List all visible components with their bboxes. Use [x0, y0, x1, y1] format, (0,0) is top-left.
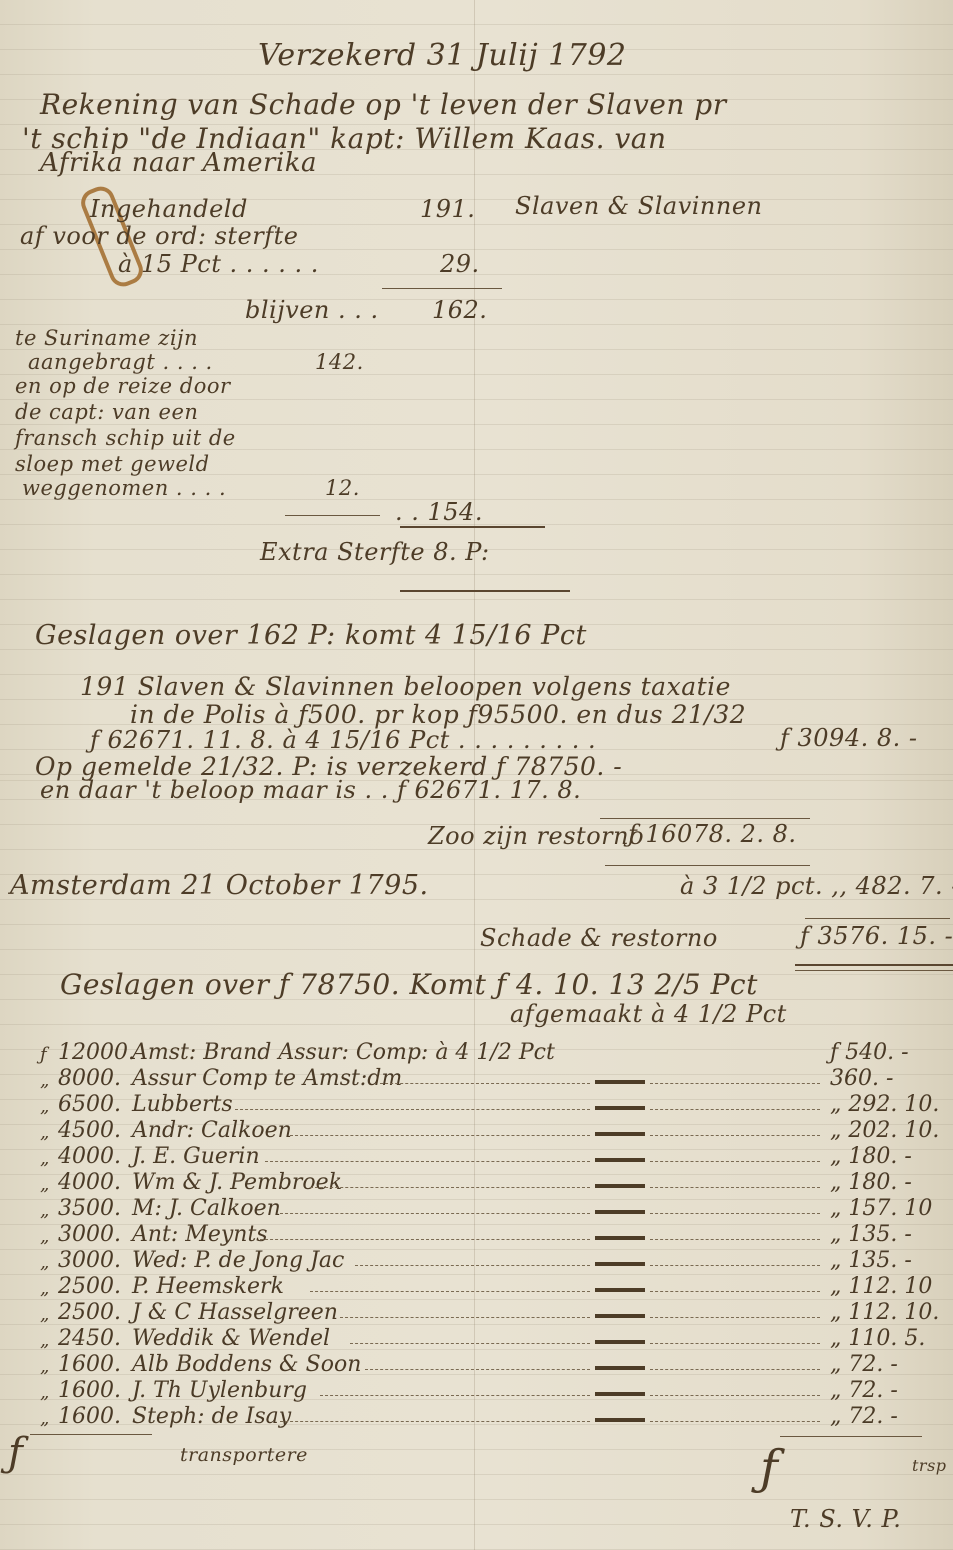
row-ditto: „: [40, 1122, 49, 1143]
row-name: J. Th Uylenburg: [132, 1378, 307, 1403]
leader-dots: [320, 1395, 590, 1396]
row-amount: 4000.: [58, 1144, 128, 1169]
table-row: „ 6500. Lubberts „ 292. 10.: [20, 1092, 940, 1118]
row-premium: „ 157. 10: [830, 1196, 932, 1221]
row-premium: „ 202. 10.: [830, 1118, 939, 1143]
row-ditto: „: [40, 1174, 49, 1195]
footer-florin-right: ƒ: [760, 1440, 778, 1496]
suriname-line-1: te Suriname zijn: [15, 326, 198, 350]
row-amount: 3500.: [58, 1196, 128, 1221]
row-amount: 2500.: [58, 1300, 128, 1325]
row-ditto: „: [40, 1408, 49, 1429]
leader-dots: [650, 1135, 820, 1136]
transportere-label: transportere: [180, 1444, 308, 1466]
schade-label: Schade & restorno: [480, 924, 718, 952]
leader-dots: [650, 1083, 820, 1084]
row-premium: „ 112. 10: [830, 1274, 932, 1299]
row-name: Alb Boddens & Soon: [132, 1352, 361, 1377]
extra-mortality: Extra Sterfte 8. P:: [260, 538, 490, 566]
leader-dots: [280, 1421, 590, 1422]
subtotal-rule-left: [285, 515, 380, 516]
ditto-dash: [595, 1080, 645, 1084]
mortality-label-2: à 15 Pct . . . . . .: [118, 250, 319, 278]
leader-dots: [260, 1239, 590, 1240]
leader-dots: [350, 1343, 590, 1344]
leader-dots: [290, 1135, 590, 1136]
row-name: Assur Comp te Amst:dm: [132, 1066, 402, 1091]
row-amount: 1600.: [58, 1378, 128, 1403]
subtotal-underline: [400, 526, 545, 528]
row-ditto: „: [40, 1304, 49, 1325]
row-amount: 12000.: [58, 1040, 128, 1065]
leader-dots: [355, 1265, 590, 1266]
subtotal-value: . . 154.: [395, 498, 483, 526]
row-premium: „ 112. 10.: [830, 1300, 939, 1325]
row-name: Ant: Meynts: [132, 1222, 268, 1247]
table-row: „ 2450. Weddik & Wendel „ 110. 5.: [20, 1326, 940, 1352]
calc-line-a: 191 Slaven & Slavinnen beloopen volgens …: [80, 672, 731, 701]
leader-dots: [650, 1291, 820, 1292]
table-row: „ 4500. Andr: Calkoen „ 202. 10.: [20, 1118, 940, 1144]
mortality-label-1: af voor de ord: sterfte: [20, 222, 298, 250]
row-ditto: „: [40, 1330, 49, 1351]
leader-dots: [650, 1421, 820, 1422]
table-row: „ 1600. J. Th Uylenburg „ 72. -: [20, 1378, 940, 1404]
leader-dots: [650, 1343, 820, 1344]
ditto-dash: [595, 1288, 645, 1292]
remain-label: blijven . . .: [245, 296, 379, 324]
footer-rule-right: [780, 1436, 922, 1437]
restorno-value: ƒ 16078. 2. 8.: [628, 820, 797, 848]
calc-line-b: in de Polis à ƒ500. pr kop ƒ95500. en du…: [130, 700, 746, 729]
leader-dots: [650, 1265, 820, 1266]
ditto-dash: [595, 1262, 645, 1266]
leader-dots: [310, 1291, 590, 1292]
row-amount: 3000.: [58, 1248, 128, 1273]
taken-value: 12.: [325, 476, 360, 500]
afgemaakt-line: afgemaakt à 4 1/2 Pct: [510, 1000, 787, 1028]
row-premium: „ 180. -: [830, 1144, 912, 1169]
ditto-dash: [595, 1158, 645, 1162]
row-name: Amst: Brand Assur: Comp: à 4 1/2 Pct: [132, 1040, 555, 1065]
schade-underline: [795, 964, 953, 966]
ingehandeld-desc: Slaven & Slavinnen: [515, 192, 763, 220]
geslagen-line-2: Geslagen over ƒ 78750. Komt ƒ 4. 10. 13 …: [60, 968, 758, 1001]
row-premium: 360. -: [830, 1066, 893, 1091]
taken-line-3: fransch schip uit de: [15, 426, 236, 450]
taken-line-2: de capt: van een: [15, 400, 198, 424]
calc-line-e: en daar 't beloop maar is . . ƒ 62671. 1…: [40, 776, 581, 804]
row-name: Andr: Calkoen: [132, 1118, 292, 1143]
row-ditto: „: [40, 1148, 49, 1169]
row-premium: ƒ 540. -: [830, 1040, 909, 1065]
taken-line-4: sloep met geweld: [15, 452, 210, 476]
row-premium: „ 72. -: [830, 1404, 898, 1429]
row-amount: 4500.: [58, 1118, 128, 1143]
row-ditto: „: [40, 1070, 49, 1091]
row-name: J. E. Guerin: [132, 1144, 260, 1169]
title-line-3: Afrika naar Amerika: [40, 148, 317, 178]
leader-dots: [265, 1161, 590, 1162]
row-amount: 1600.: [58, 1352, 128, 1377]
taken-line-5: weggenomen . . . .: [22, 476, 226, 500]
schade-double-underline: [795, 970, 953, 971]
ditto-dash: [595, 1106, 645, 1110]
row-amount: 4000.: [58, 1170, 128, 1195]
row-ditto: „: [40, 1096, 49, 1117]
remain-value: 162.: [432, 296, 487, 324]
row-premium: „ 180. -: [830, 1170, 912, 1195]
geslagen-line-1: Geslagen over 162 P: komt 4 15/16 Pct: [35, 620, 587, 651]
suriname-value: 142.: [315, 350, 364, 374]
ingehandeld-label: Ingehandeld: [90, 195, 248, 223]
leader-dots: [280, 1213, 590, 1214]
row-ditto: ƒ: [40, 1044, 47, 1065]
table-row: „ 3500. M: J. Calkoen „ 157. 10: [20, 1196, 940, 1222]
table-row: „ 1600. Steph: de Isay „ 72. -: [20, 1404, 940, 1430]
calc-line-c: ƒ 62671. 11. 8. à 4 15/16 Pct . . . . . …: [90, 726, 596, 754]
table-row: „ 3000. Ant: Meynts „ 135. -: [20, 1222, 940, 1248]
restorno-label: Zoo zijn restorno: [428, 822, 644, 850]
row-premium: „ 110. 5.: [830, 1326, 925, 1351]
row-amount: 2450.: [58, 1326, 128, 1351]
ingehandeld-value: 191.: [420, 195, 475, 223]
row-premium: „ 72. -: [830, 1352, 898, 1377]
ditto-dash: [595, 1184, 645, 1188]
row-name: P. Heemskerk: [132, 1274, 284, 1299]
table-row: „ 2500. P. Heemskerk „ 112. 10: [20, 1274, 940, 1300]
suriname-line-2: aangebragt . . . .: [28, 350, 213, 374]
ditto-dash: [595, 1210, 645, 1214]
taken-line-1: en op de reize door: [15, 374, 231, 398]
leader-dots: [650, 1369, 820, 1370]
insured-date: Verzekerd 31 Julij 1792: [258, 38, 627, 73]
table-row: „ 4000. J. E. Guerin „ 180. -: [20, 1144, 940, 1170]
signature-initials: T. S. V. P.: [790, 1505, 901, 1533]
restorno-topline: [600, 818, 810, 819]
row-premium: „ 72. -: [830, 1378, 898, 1403]
underwriters-table: ƒ 12000. Amst: Brand Assur: Comp: à 4 1/…: [20, 1040, 940, 1430]
ditto-dash: [595, 1418, 645, 1422]
restorno-underline: [605, 865, 810, 866]
row-name: Steph: de Isay: [132, 1404, 291, 1429]
row-name: Wm & J. Pembroek: [132, 1170, 342, 1195]
row-amount: 6500.: [58, 1092, 128, 1117]
row-amount: 3000.: [58, 1222, 128, 1247]
sum-rule: [382, 288, 502, 289]
schade-value: ƒ 3576. 15. -: [800, 922, 953, 950]
row-name: Wed: P. de Jong Jac: [132, 1248, 344, 1273]
place-date: Amsterdam 21 October 1795.: [10, 870, 429, 901]
row-amount: 1600.: [58, 1404, 128, 1429]
schade-topline: [805, 918, 950, 919]
ditto-dash: [595, 1392, 645, 1396]
row-premium: „ 135. -: [830, 1248, 912, 1273]
transp-short: trsp: [912, 1456, 947, 1475]
restorno-rate: à 3 1/2 pct. ,, 482. 7. -: [680, 872, 953, 900]
table-row: „ 4000. Wm & J. Pembroek „ 180. -: [20, 1170, 940, 1196]
row-name: Lubberts: [132, 1092, 233, 1117]
extra-underline: [400, 590, 570, 592]
leader-dots: [650, 1187, 820, 1188]
row-amount: 2500.: [58, 1274, 128, 1299]
ditto-dash: [595, 1236, 645, 1240]
table-row: ƒ 12000. Amst: Brand Assur: Comp: à 4 1/…: [20, 1040, 940, 1066]
leader-dots: [365, 1369, 590, 1370]
leader-dots: [235, 1109, 590, 1110]
document-page: Verzekerd 31 Julij 1792 Rekening van Sch…: [0, 0, 953, 1550]
leader-dots: [650, 1109, 820, 1110]
leader-dots: [650, 1317, 820, 1318]
footer-florin-left: ƒ: [8, 1430, 23, 1476]
table-row: „ 8000. Assur Comp te Amst:dm 360. -: [20, 1066, 940, 1092]
row-ditto: „: [40, 1278, 49, 1299]
footer-rule-left: [30, 1434, 152, 1435]
leader-dots: [650, 1395, 820, 1396]
table-row: „ 3000. Wed: P. de Jong Jac „ 135. -: [20, 1248, 940, 1274]
calc-line-c-value: ƒ 3094. 8. -: [780, 724, 917, 752]
table-row: „ 2500. J & C Hasselgreen „ 112. 10.: [20, 1300, 940, 1326]
title-line-1: Rekening van Schade op 't leven der Slav…: [40, 88, 727, 121]
row-name: Weddik & Wendel: [132, 1326, 330, 1351]
leader-dots: [380, 1083, 590, 1084]
row-premium: „ 292. 10.: [830, 1092, 939, 1117]
row-ditto: „: [40, 1226, 49, 1247]
leader-dots: [650, 1239, 820, 1240]
row-premium: „ 135. -: [830, 1222, 912, 1247]
ditto-dash: [595, 1366, 645, 1370]
ditto-dash: [595, 1132, 645, 1136]
row-amount: 8000.: [58, 1066, 128, 1091]
row-ditto: „: [40, 1356, 49, 1377]
leader-dots: [650, 1213, 820, 1214]
ditto-dash: [595, 1340, 645, 1344]
table-row: „ 1600. Alb Boddens & Soon „ 72. -: [20, 1352, 940, 1378]
leader-dots: [650, 1161, 820, 1162]
row-ditto: „: [40, 1382, 49, 1403]
row-ditto: „: [40, 1252, 49, 1273]
leader-dots: [340, 1317, 590, 1318]
row-name: M: J. Calkoen: [132, 1196, 281, 1221]
mortality-value: 29.: [440, 250, 480, 278]
ditto-dash: [595, 1314, 645, 1318]
row-ditto: „: [40, 1200, 49, 1221]
row-name: J & C Hasselgreen: [132, 1300, 338, 1325]
leader-dots: [310, 1187, 590, 1188]
